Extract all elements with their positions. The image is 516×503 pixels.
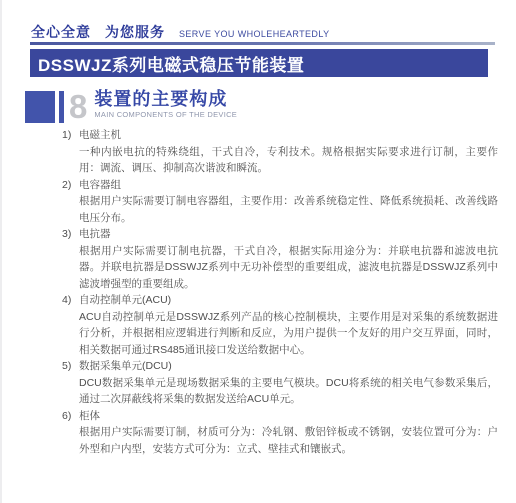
list-item: 5)数据采集单元(DCU) DCU数据采集单元是现场数据采集的主要电气模块。DC… [62, 358, 498, 408]
title-banner: DSSWJZ系列电磁式稳压节能装置 [30, 49, 488, 77]
list-item: 1)电磁主机 一种内嵌电抗的特殊绕组，干式自冷，专利技术。规格根据实际要求进行订… [62, 127, 498, 177]
item-description: 根据用户实际需要订制，材质可分为：冷轧钢、敷铝锌板或不锈钢，安装位置可分为：户外… [79, 424, 498, 457]
item-title: 柜体 [79, 410, 100, 422]
section-number: 8 [69, 89, 87, 125]
list-item: 3)电抗器 根据用户实际需要订制电抗器，干式自冷，根据实际用途分为：并联电抗器和… [62, 226, 498, 292]
section-title-group: 装置的主要构成 MAIN COMPONENTS OF THE DEVICE [94, 89, 237, 119]
item-description: ACU自动控制单元是DSSWJZ系列产品的核心控制模块，主要作用是对采集的系统数… [79, 309, 498, 359]
item-number: 5) [62, 358, 79, 375]
list-item: 2)电容器组 根据用户实际需要订制电容器组，主要作用：改善系统稳定性、降低系统损… [62, 177, 498, 227]
item-number: 6) [62, 408, 79, 425]
item-number: 1) [62, 127, 79, 144]
item-number: 3) [62, 226, 79, 243]
document-page: 全心全意 为您服务 SERVE YOU WHOLEHEARTEDLY DSSWJ… [0, 0, 516, 503]
item-description: 一种内嵌电抗的特殊绕组，干式自冷，专利技术。规格根据实际要求进行订制，主要作用：… [79, 144, 498, 177]
header-divider [30, 42, 495, 45]
section-heading: 8 装置的主要构成 MAIN COMPONENTS OF THE DEVICE [25, 89, 237, 125]
item-number: 2) [62, 177, 79, 194]
slogan-en: SERVE YOU WHOLEHEARTEDLY [179, 29, 329, 39]
item-title: 自动控制单元(ACU) [79, 294, 171, 306]
item-title: 数据采集单元(DCU) [79, 360, 172, 372]
component-list: 1)电磁主机 一种内嵌电抗的特殊绕组，干式自冷，专利技术。规格根据实际要求进行订… [62, 127, 498, 457]
scan-edge-artifact [0, 0, 2, 503]
item-title: 电抗器 [79, 228, 111, 240]
section-subtitle: MAIN COMPONENTS OF THE DEVICE [94, 110, 237, 119]
item-number: 4) [62, 292, 79, 309]
slogan-cn-part1: 全心全意 [31, 22, 91, 42]
item-description: 根据用户实际需要订制电容器组，主要作用：改善系统稳定性、降低系统损耗、改善线路电… [79, 193, 498, 226]
item-description: DCU数据采集单元是现场数据采集的主要电气模块。DCU将系统的相关电气参数采集后… [79, 375, 498, 408]
section-title: 装置的主要构成 [94, 89, 237, 110]
item-description: 根据用户实际需要订制电抗器，干式自冷，根据实际用途分为：并联电抗器和滤波电抗器。… [79, 243, 498, 293]
item-title: 电磁主机 [79, 129, 121, 141]
section-marker-square [25, 91, 55, 123]
section-marker-bar [59, 91, 64, 123]
item-title: 电容器组 [79, 179, 121, 191]
page-header: 全心全意 为您服务 SERVE YOU WHOLEHEARTEDLY [31, 22, 494, 42]
list-item: 6)柜体 根据用户实际需要订制，材质可分为：冷轧钢、敷铝锌板或不锈钢，安装位置可… [62, 408, 498, 458]
document-title: DSSWJZ系列电磁式稳压节能装置 [30, 51, 304, 76]
list-item: 4)自动控制单元(ACU) ACU自动控制单元是DSSWJZ系列产品的核心控制模… [62, 292, 498, 358]
slogan-cn-part2: 为您服务 [105, 22, 165, 42]
